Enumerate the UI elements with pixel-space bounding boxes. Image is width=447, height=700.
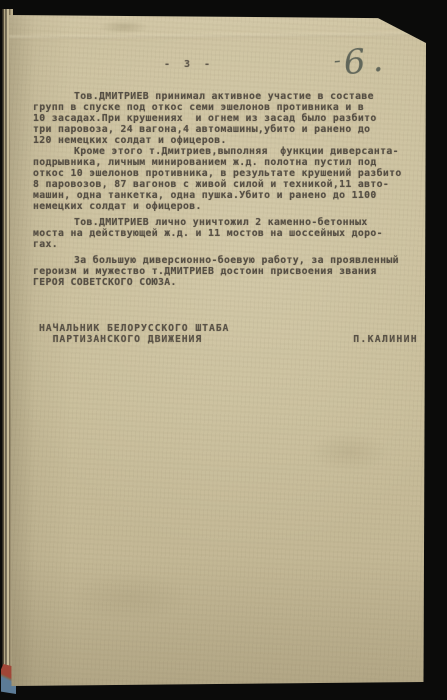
paragraph-demolition-work: Кроме этого т.Дмитриев,выполняя функции … — [33, 146, 421, 212]
handwritten-archive-number: -6. — [332, 40, 383, 84]
handwritten-period: . — [372, 48, 383, 78]
paragraph-bridges-destroyed: Тов.ДМИТРИЕВ лично уничтожил 2 каменно-б… — [33, 217, 421, 250]
signature-name: П.КАЛИНИН — [353, 334, 418, 345]
document-body: Тов.ДМИТРИЕВ принимал активное участие в… — [33, 91, 421, 288]
signature-block: НАЧАЛЬНИК БЕЛОРУССКОГО ШТАБА ПАРТИЗАНСКО… — [39, 323, 418, 345]
handwritten-digit: 6 — [342, 41, 367, 83]
scanned-document: - 3 - -6. Тов.ДМИТРИЕВ принимал активное… — [0, 0, 447, 700]
fold-crease — [9, 33, 426, 40]
paper-stain — [309, 432, 389, 472]
signature-title: НАЧАЛЬНИК БЕЛОРУССКОГО ШТАБА ПАРТИЗАНСКО… — [39, 323, 229, 345]
paper-stain — [69, 572, 189, 622]
handwritten-dash: - — [333, 48, 342, 72]
paragraph-award-recommendation: За большую диверсионно-боевую работу, за… — [33, 255, 421, 288]
page-number: - 3 - — [154, 59, 224, 70]
paragraph-combat-summary: Тов.ДМИТРИЕВ принимал активное участие в… — [33, 91, 421, 146]
document-page: - 3 - -6. Тов.ДМИТРИЕВ принимал активное… — [9, 12, 426, 686]
paper-stain — [99, 20, 149, 34]
